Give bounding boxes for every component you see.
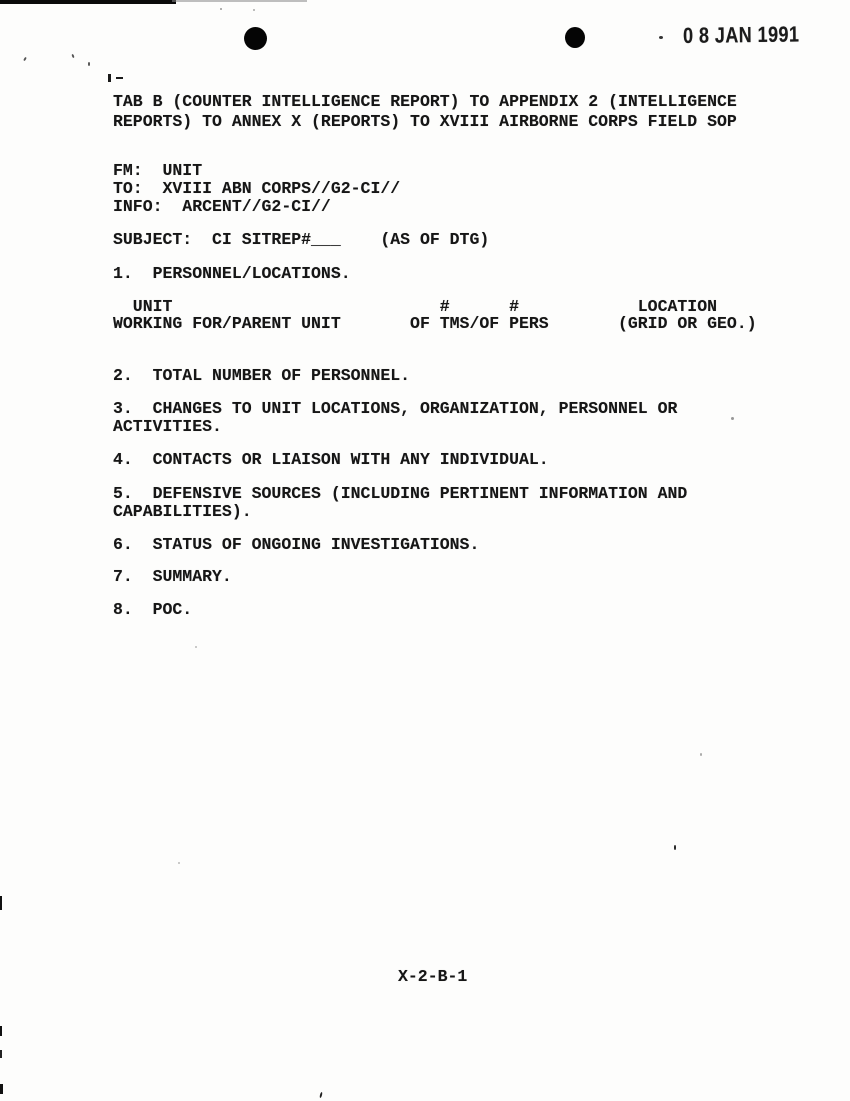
item-5-defensive-sources-2: CAPABILITIES). — [113, 502, 252, 521]
scan-speck — [319, 1092, 322, 1098]
scan-speck — [195, 646, 197, 648]
document-title-line-1: TAB B (COUNTER INTELLIGENCE REPORT) TO A… — [113, 92, 737, 111]
scan-speck — [674, 845, 676, 850]
item-3-changes-line-1: 3. CHANGES TO UNIT LOCATIONS, ORGANIZATI… — [113, 399, 677, 418]
table-header-row-2: WORKING FOR/PARENT UNIT OF TMS/OF PERS (… — [113, 314, 757, 333]
scan-speck — [659, 36, 663, 39]
scan-speck — [23, 57, 27, 61]
scan-edge-artifact-top — [0, 0, 176, 4]
subject-line: SUBJECT: CI SITREP#___ (AS OF DTG) — [113, 230, 489, 249]
scan-speck — [71, 54, 74, 58]
item-6-status-investigations: 6. STATUS OF ONGOING INVESTIGATIONS. — [113, 535, 479, 554]
scan-speck — [731, 417, 734, 420]
scanned-document-page: 0 8 JAN 1991 TAB B (COUNTER INTELLIGENCE… — [0, 0, 850, 1101]
date-stamp: 0 8 JAN 1991 — [683, 22, 799, 49]
scan-speck — [335, 273, 337, 275]
from-line: FM: UNIT — [113, 161, 202, 180]
item-1-personnel-locations: 1. PERSONNEL/LOCATIONS. — [113, 264, 351, 283]
scan-edge-artifact-left — [0, 1050, 2, 1058]
black-dot-left — [244, 27, 267, 50]
info-line: INFO: ARCENT//G2-CI// — [113, 197, 331, 216]
item-4-contacts-liaison: 4. CONTACTS OR LIAISON WITH ANY INDIVIDU… — [113, 450, 549, 469]
pen-mark — [108, 74, 111, 82]
scan-speck — [220, 8, 222, 10]
scan-speck — [88, 62, 90, 66]
item-3-changes-line-2: ACTIVITIES. — [113, 417, 222, 436]
item-5-defensive-sources-1: 5. DEFENSIVE SOURCES (INCLUDING PERTINEN… — [113, 484, 687, 503]
item-7-summary: 7. SUMMARY. — [113, 567, 232, 586]
scan-speck — [700, 753, 702, 756]
scan-edge-artifact-left — [0, 1026, 2, 1036]
page-number: X-2-B-1 — [398, 967, 467, 986]
black-dot-right — [565, 27, 585, 48]
scan-edge-artifact-left — [0, 1084, 3, 1094]
scan-edge-artifact-left — [0, 896, 2, 910]
item-8-poc: 8. POC. — [113, 600, 192, 619]
document-title-line-2: REPORTS) TO ANNEX X (REPORTS) TO XVIII A… — [113, 112, 737, 131]
scan-speck — [253, 9, 255, 11]
to-line: TO: XVIII ABN CORPS//G2-CI// — [113, 179, 400, 198]
scan-edge-artifact-top-faint — [172, 0, 307, 2]
item-2-total-personnel: 2. TOTAL NUMBER OF PERSONNEL. — [113, 366, 410, 385]
scan-speck — [178, 862, 180, 864]
pen-mark — [116, 77, 123, 79]
scan-speck — [573, 411, 575, 413]
